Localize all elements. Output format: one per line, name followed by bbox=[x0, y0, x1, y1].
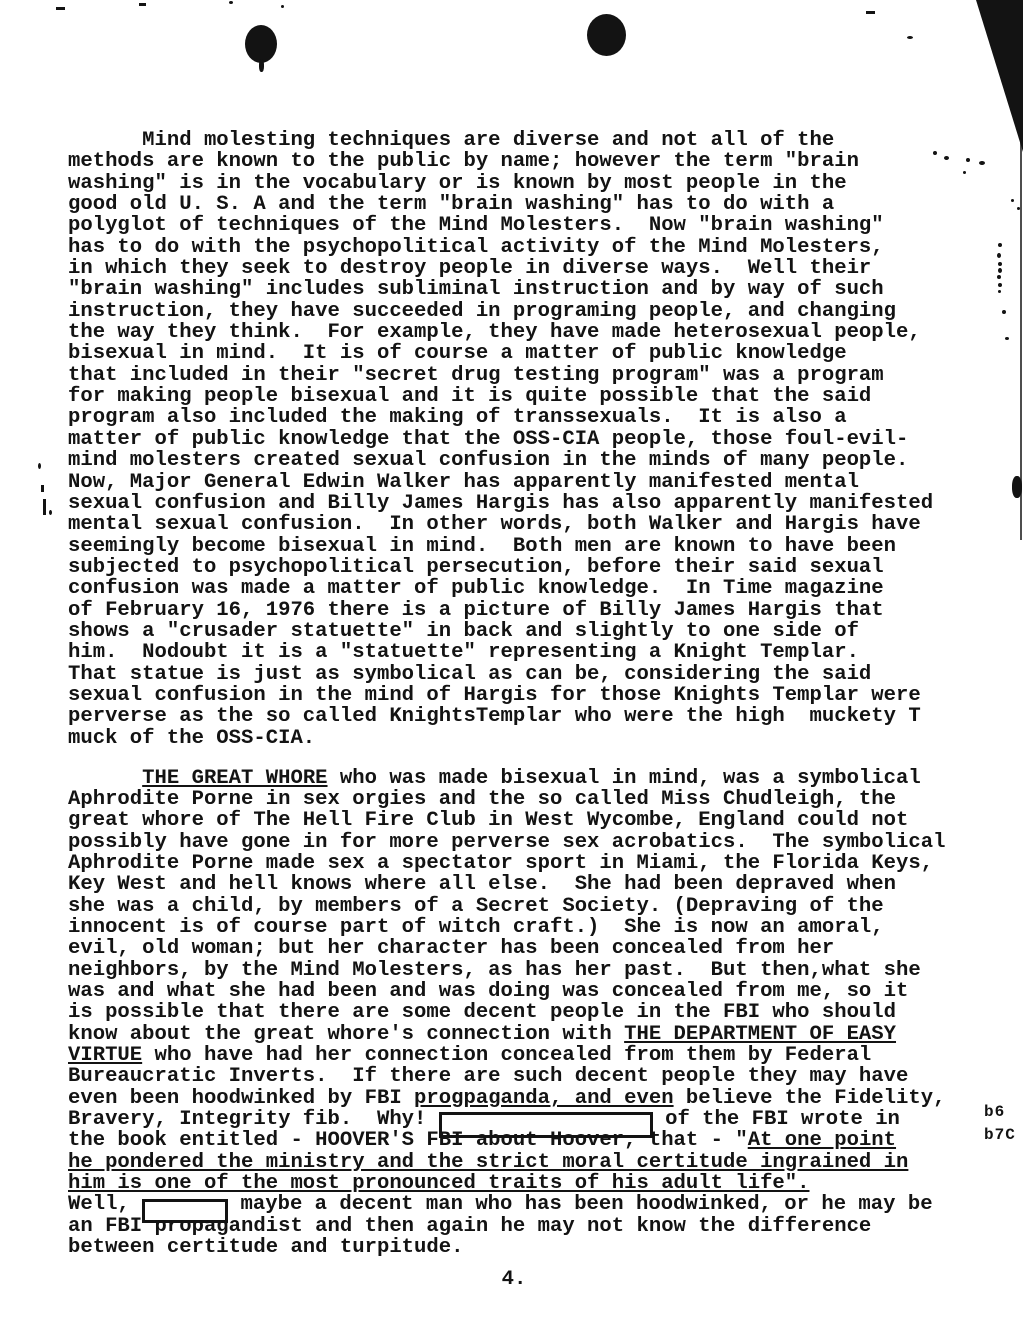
scan-speckle bbox=[907, 36, 913, 39]
margin-code-b6: b6 bbox=[984, 1101, 1016, 1124]
scan-speckle bbox=[1005, 337, 1009, 340]
text-segment: sexual confusion and Billy James Hargis … bbox=[68, 492, 933, 515]
text-segment: even been hoodwinked by FBI bbox=[68, 1087, 414, 1110]
text-segment: the book entitled - HOOVER'S FBI about H… bbox=[68, 1129, 748, 1152]
scan-speckle bbox=[49, 510, 52, 515]
scan-speckle bbox=[966, 158, 970, 162]
text-segment: "brain washing" includes subliminal inst… bbox=[68, 278, 884, 301]
text-line: Key West and hell knows where all else. … bbox=[68, 874, 1018, 895]
text-segment: THE DEPARTMENT OF EASY bbox=[624, 1023, 896, 1046]
scan-speckle bbox=[998, 290, 1001, 293]
text-line: muck of the OSS-CIA. bbox=[68, 728, 1018, 749]
text-line: program also included the making of tran… bbox=[68, 407, 1018, 428]
text-segment: great whore of The Hell Fire Club in Wes… bbox=[68, 809, 908, 832]
text-line: was and what she had been and was doing … bbox=[68, 981, 1018, 1002]
text-segment: Bureaucratic Inverts. If there are such … bbox=[68, 1065, 908, 1088]
text-segment: neighbors, by the Mind Molesters, as has… bbox=[68, 959, 921, 982]
text-line: the book entitled - HOOVER'S FBI about H… bbox=[68, 1130, 1018, 1151]
text-line: him. Nodoubt it is a "statuette" represe… bbox=[68, 642, 1018, 663]
text-line: mental sexual confusion. In other words,… bbox=[68, 514, 1018, 535]
text-segment: shows a "crusader statuette" in back and… bbox=[68, 620, 859, 643]
text-line: him is one of the most pronounced traits… bbox=[68, 1173, 1018, 1194]
text-segment: know about the great whore's connection … bbox=[68, 1023, 624, 1046]
text-line: he pondered the ministry and the strict … bbox=[68, 1152, 1018, 1173]
text-line: know about the great whore's connection … bbox=[68, 1024, 1018, 1045]
text-line: Bureaucratic Inverts. If there are such … bbox=[68, 1066, 1018, 1087]
text-segment: he pondered the ministry and the strict … bbox=[68, 1151, 908, 1174]
text-segment: bisexual in mind. It is of course a matt… bbox=[68, 342, 847, 365]
text-line: sexual confusion and Billy James Hargis … bbox=[68, 493, 1018, 514]
scan-speckle bbox=[998, 283, 1002, 287]
text-line: innocent is of course part of witch craf… bbox=[68, 917, 1018, 938]
scan-speckle bbox=[229, 1, 233, 4]
text-segment: of the FBI wrote in bbox=[653, 1108, 900, 1131]
text-segment: perverse as the so called KnightsTemplar… bbox=[68, 705, 921, 728]
text-line: Well, maybe a decent man who has been ho… bbox=[68, 1194, 1018, 1215]
scan-speckle bbox=[56, 7, 65, 10]
text-segment: progpaganda, and even bbox=[414, 1087, 674, 1110]
text-segment: Now, Major General Edwin Walker has appa… bbox=[68, 471, 859, 494]
text-line: Aphrodite Porne made sex a spectator spo… bbox=[68, 853, 1018, 874]
text-segment: between certitude and turpitude. bbox=[68, 1236, 463, 1259]
scan-speckle bbox=[139, 3, 146, 6]
text-segment: sexual confusion in the mind of Hargis f… bbox=[68, 684, 921, 707]
text-segment: him. Nodoubt it is a "statuette" represe… bbox=[68, 641, 859, 664]
text-line: of February 16, 1976 there is a picture … bbox=[68, 600, 1018, 621]
text-line: neighbors, by the Mind Molesters, as has… bbox=[68, 960, 1018, 981]
text-line: subjected to psychopolitical persecution… bbox=[68, 557, 1018, 578]
text-line: in which they seek to destroy people in … bbox=[68, 258, 1018, 279]
text-segment: polyglot of techniques of the Mind Moles… bbox=[68, 214, 884, 237]
text-line: polyglot of techniques of the Mind Moles… bbox=[68, 215, 1018, 236]
scan-speckle bbox=[281, 5, 284, 8]
hole-punch-left bbox=[245, 25, 277, 63]
text-segment: him is one of the most pronounced traits… bbox=[68, 1172, 810, 1195]
scan-speckle bbox=[998, 262, 1002, 266]
text-line: that included in their "secret drug test… bbox=[68, 365, 1018, 386]
text-segment: Key West and hell knows where all else. … bbox=[68, 873, 896, 896]
text-segment: That statue is just as symbolical as can… bbox=[68, 663, 871, 686]
margin-code-b7c: b7C bbox=[984, 1124, 1016, 1147]
scan-speckle bbox=[998, 243, 1002, 247]
scan-speckle bbox=[1002, 310, 1006, 314]
text-segment: has to do with the psychopolitical activ… bbox=[68, 236, 884, 259]
text-segment: an FBI propagandist and then again he ma… bbox=[68, 1215, 871, 1238]
text-line: is possible that there are some decent p… bbox=[68, 1002, 1018, 1023]
text-line: sexual confusion in the mind of Hargis f… bbox=[68, 685, 1018, 706]
scan-speckle bbox=[998, 268, 1002, 273]
scan-blob bbox=[1012, 476, 1022, 498]
text-line: the way they think. For example, they ha… bbox=[68, 322, 1018, 343]
scan-speckle bbox=[963, 171, 966, 174]
scan-speckle bbox=[41, 485, 44, 492]
text-line: confusion was made a matter of public kn… bbox=[68, 578, 1018, 599]
text-line: Now, Major General Edwin Walker has appa… bbox=[68, 472, 1018, 493]
text-segment: seemingly become bisexual in mind. Both … bbox=[68, 535, 896, 558]
text-segment: matter of public knowledge that the OSS-… bbox=[68, 428, 908, 451]
page: Mind molesting techniques are diverse an… bbox=[0, 0, 1028, 1340]
text-line: seemingly become bisexual in mind. Both … bbox=[68, 536, 1018, 557]
text-line: That statue is just as symbolical as can… bbox=[68, 664, 1018, 685]
text-segment: evil, old woman; but her character has b… bbox=[68, 937, 834, 960]
text-segment: who was made bisexual in mind, was a sym… bbox=[328, 767, 921, 790]
text-segment: mental sexual confusion. In other words,… bbox=[68, 513, 921, 536]
scan-speckle bbox=[997, 253, 1001, 258]
text-line: for making people bisexual and it is qui… bbox=[68, 386, 1018, 407]
paragraph: THE GREAT WHORE who was made bisexual in… bbox=[68, 768, 1018, 1259]
text-segment: subjected to psychopolitical persecution… bbox=[68, 556, 884, 579]
scan-speckle bbox=[38, 463, 41, 469]
scan-speckle bbox=[866, 11, 875, 14]
text-line: methods are known to the public by name;… bbox=[68, 151, 1018, 172]
text-segment: VIRTUE bbox=[68, 1044, 142, 1067]
text-segment bbox=[68, 767, 142, 790]
text-segment: she was a child, by members of a Secret … bbox=[68, 895, 884, 918]
text-segment: believe the Fidelity, bbox=[674, 1087, 946, 1110]
text-segment: is possible that there are some decent p… bbox=[68, 1001, 896, 1024]
text-line: Aphrodite Porne in sex orgies and the so… bbox=[68, 789, 1018, 810]
text-segment: maybe a decent man who has been hoodwink… bbox=[228, 1193, 932, 1216]
text-line: Mind molesting techniques are diverse an… bbox=[68, 130, 1018, 151]
text-line: VIRTUE who have had her connection conce… bbox=[68, 1045, 1018, 1066]
text-segment: confusion was made a matter of public kn… bbox=[68, 577, 884, 600]
text-line: instruction, they have succeeded in prog… bbox=[68, 301, 1018, 322]
text-segment: in which they seek to destroy people in … bbox=[68, 257, 871, 280]
text-segment: THE GREAT WHORE bbox=[142, 767, 327, 790]
scan-speckle bbox=[944, 156, 949, 160]
text-line: possibly have gone in for more perverse … bbox=[68, 832, 1018, 853]
scan-speckle bbox=[1017, 207, 1020, 210]
text-segment: Mind molesting techniques are diverse an… bbox=[68, 129, 834, 152]
text-line: matter of public knowledge that the OSS-… bbox=[68, 429, 1018, 450]
scan-speckle bbox=[997, 275, 1001, 279]
text-segment: Well, bbox=[68, 1193, 142, 1216]
scan-speckle bbox=[979, 161, 985, 165]
text-segment: was and what she had been and was doing … bbox=[68, 980, 908, 1003]
hole-punch-right bbox=[587, 14, 626, 56]
text-line: washing" is in the vocabulary or is know… bbox=[68, 173, 1018, 194]
text-line: even been hoodwinked by FBI progpaganda,… bbox=[68, 1088, 1018, 1109]
text-segment: for making people bisexual and it is qui… bbox=[68, 385, 871, 408]
text-line: has to do with the psychopolitical activ… bbox=[68, 237, 1018, 258]
text-segment: of February 16, 1976 there is a picture … bbox=[68, 599, 884, 622]
text-segment: muck of the OSS-CIA. bbox=[68, 727, 315, 750]
text-line: bisexual in mind. It is of course a matt… bbox=[68, 343, 1018, 364]
text-segment: Aphrodite Porne made sex a spectator spo… bbox=[68, 852, 933, 875]
text-line: great whore of The Hell Fire Club in Wes… bbox=[68, 810, 1018, 831]
text-segment: At one point bbox=[748, 1129, 896, 1152]
scan-speckle bbox=[1011, 199, 1014, 202]
text-line: perverse as the so called KnightsTemplar… bbox=[68, 706, 1018, 727]
text-segment: program also included the making of tran… bbox=[68, 406, 847, 429]
text-segment: washing" is in the vocabulary or is know… bbox=[68, 172, 847, 195]
text-segment: possibly have gone in for more perverse … bbox=[68, 831, 945, 854]
scan-speckle bbox=[43, 499, 46, 515]
text-segment: good old U. S. A and the term "brain was… bbox=[68, 193, 834, 216]
text-line: shows a "crusader statuette" in back and… bbox=[68, 621, 1018, 642]
hole-punch-left-tail bbox=[259, 59, 264, 72]
text-segment: methods are known to the public by name;… bbox=[68, 150, 859, 173]
text-line: mind molesters created sexual confusion … bbox=[68, 450, 1018, 471]
text-segment: the way they think. For example, they ha… bbox=[68, 321, 921, 344]
margin-codes: b6 b7C bbox=[984, 1101, 1016, 1147]
page-number: 4. bbox=[0, 1268, 1028, 1291]
text-line: good old U. S. A and the term "brain was… bbox=[68, 194, 1018, 215]
scan-speckle bbox=[933, 151, 937, 155]
text-line: "brain washing" includes subliminal inst… bbox=[68, 279, 1018, 300]
text-line: she was a child, by members of a Secret … bbox=[68, 896, 1018, 917]
text-line: between certitude and turpitude. bbox=[68, 1237, 1018, 1258]
text-segment: instruction, they have succeeded in prog… bbox=[68, 300, 896, 323]
paragraph: Mind molesting techniques are diverse an… bbox=[68, 130, 1018, 749]
text-segment: Bravery, Integrity fib. Why! bbox=[68, 1108, 439, 1131]
text-line: THE GREAT WHORE who was made bisexual in… bbox=[68, 768, 1018, 789]
text-segment: who have had her connection concealed fr… bbox=[142, 1044, 871, 1067]
text-line: an FBI propagandist and then again he ma… bbox=[68, 1216, 1018, 1237]
text-line: Bravery, Integrity fib. Why! of the FBI … bbox=[68, 1109, 1018, 1130]
text-line: evil, old woman; but her character has b… bbox=[68, 938, 1018, 959]
text-segment: Aphrodite Porne in sex orgies and the so… bbox=[68, 788, 896, 811]
document-body: Mind molesting techniques are diverse an… bbox=[68, 130, 1018, 1258]
text-segment: mind molesters created sexual confusion … bbox=[68, 449, 908, 472]
text-segment: innocent is of course part of witch craf… bbox=[68, 916, 884, 939]
text-segment: that included in their "secret drug test… bbox=[68, 364, 884, 387]
